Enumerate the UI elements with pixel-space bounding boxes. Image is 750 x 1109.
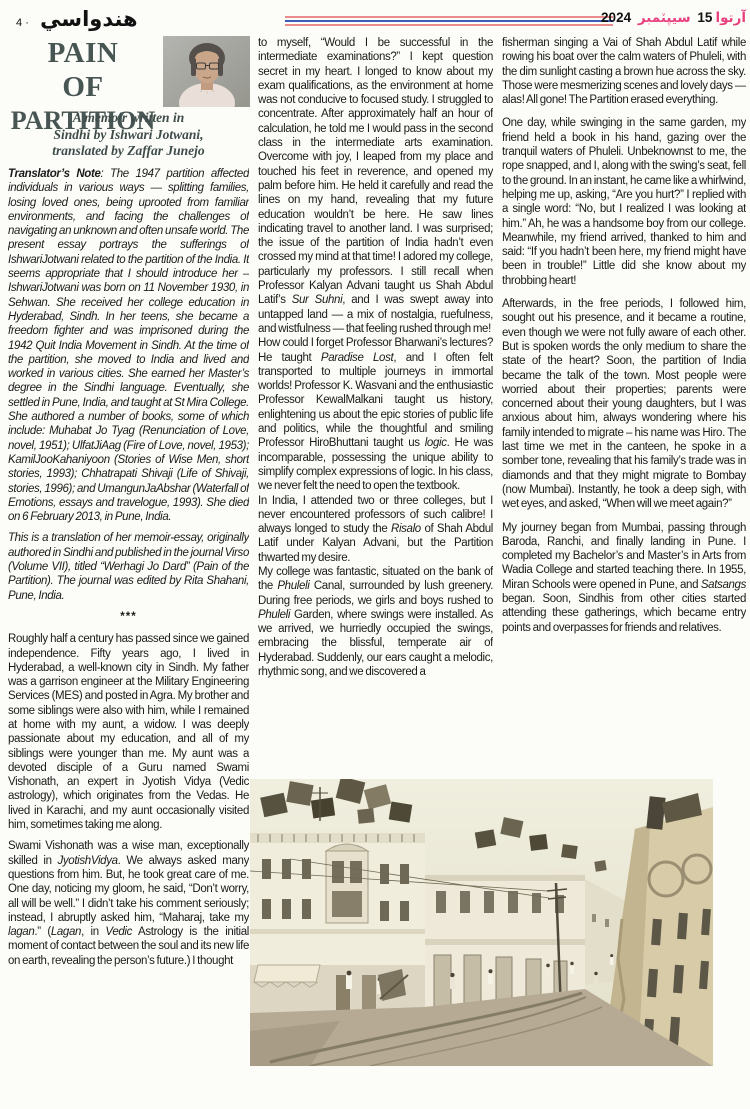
issue-year: 2024 [601,10,631,25]
right-column: fisherman singing a Vai of Shah Abdul La… [502,36,746,748]
header-divider-rules [285,16,613,26]
paragraph: In India, I attended two or three colleg… [258,494,493,565]
middle-column: to myself, “Would I be successful in the… [258,36,493,783]
byline: A memoir written in Sindhi by Ishwari Jo… [8,110,249,160]
title-line-1: PAIN [6,36,160,70]
street-photo [250,779,713,1066]
issue-month: سيپٽمبر [638,10,691,26]
magazine-page: هندواسي · 4 آرتوا15 سيپٽمبر 2024 PAIN OF… [0,0,750,1109]
section-separator: *** [8,610,249,624]
paragraph-translators-note: Translator’s Note: The 1947 partition af… [8,167,249,524]
rule-blue-middle [285,20,613,22]
title-line-2: OF [6,70,160,104]
rule-pink-bottom [285,24,613,26]
street-photo-illustration [250,779,713,1066]
paragraph: My journey began from Mumbai, passing th… [502,521,746,635]
masthead-left: هندواسي · 4 [16,4,138,38]
magazine-name: آرتوا [715,10,746,26]
byline-line-1: A memoir written in [8,110,249,127]
author-photo-illustration [163,36,250,107]
author-photo [163,36,250,107]
paragraph: Swami Vishonath was a wise man, exceptio… [8,839,249,968]
byline-line-2: Sindhi by Ishwari Jotwani, [8,127,249,144]
paragraph-translation-source: This is a translation of her memoir-essa… [8,531,249,602]
byline-line-3: translated by Zaffar Junejo [8,143,249,160]
paragraph: fisherman singing a Vai of Shah Abdul La… [502,36,746,107]
paragraph: Roughly half a century has passed since … [8,632,249,832]
paragraph: Afterwards, in the free periods, I follo… [502,297,746,511]
paragraph: How could I forget Professor Bharwani’s … [258,336,493,493]
paragraph: My college was fantastic, situated on th… [258,565,493,679]
issue-date: آرتوا15 سيپٽمبر 2024 [598,9,746,27]
masthead-title: هندواسي [40,7,137,31]
page-number: · 4 [16,17,29,29]
paragraph: One day, while swinging in the same gard… [502,116,746,288]
paragraph: to myself, “Would I be successful in the… [258,36,493,336]
issue-day: 15 [697,10,712,25]
left-column: Translator’s Note: The 1947 partition af… [8,167,249,1068]
rule-pink-top [285,16,613,18]
